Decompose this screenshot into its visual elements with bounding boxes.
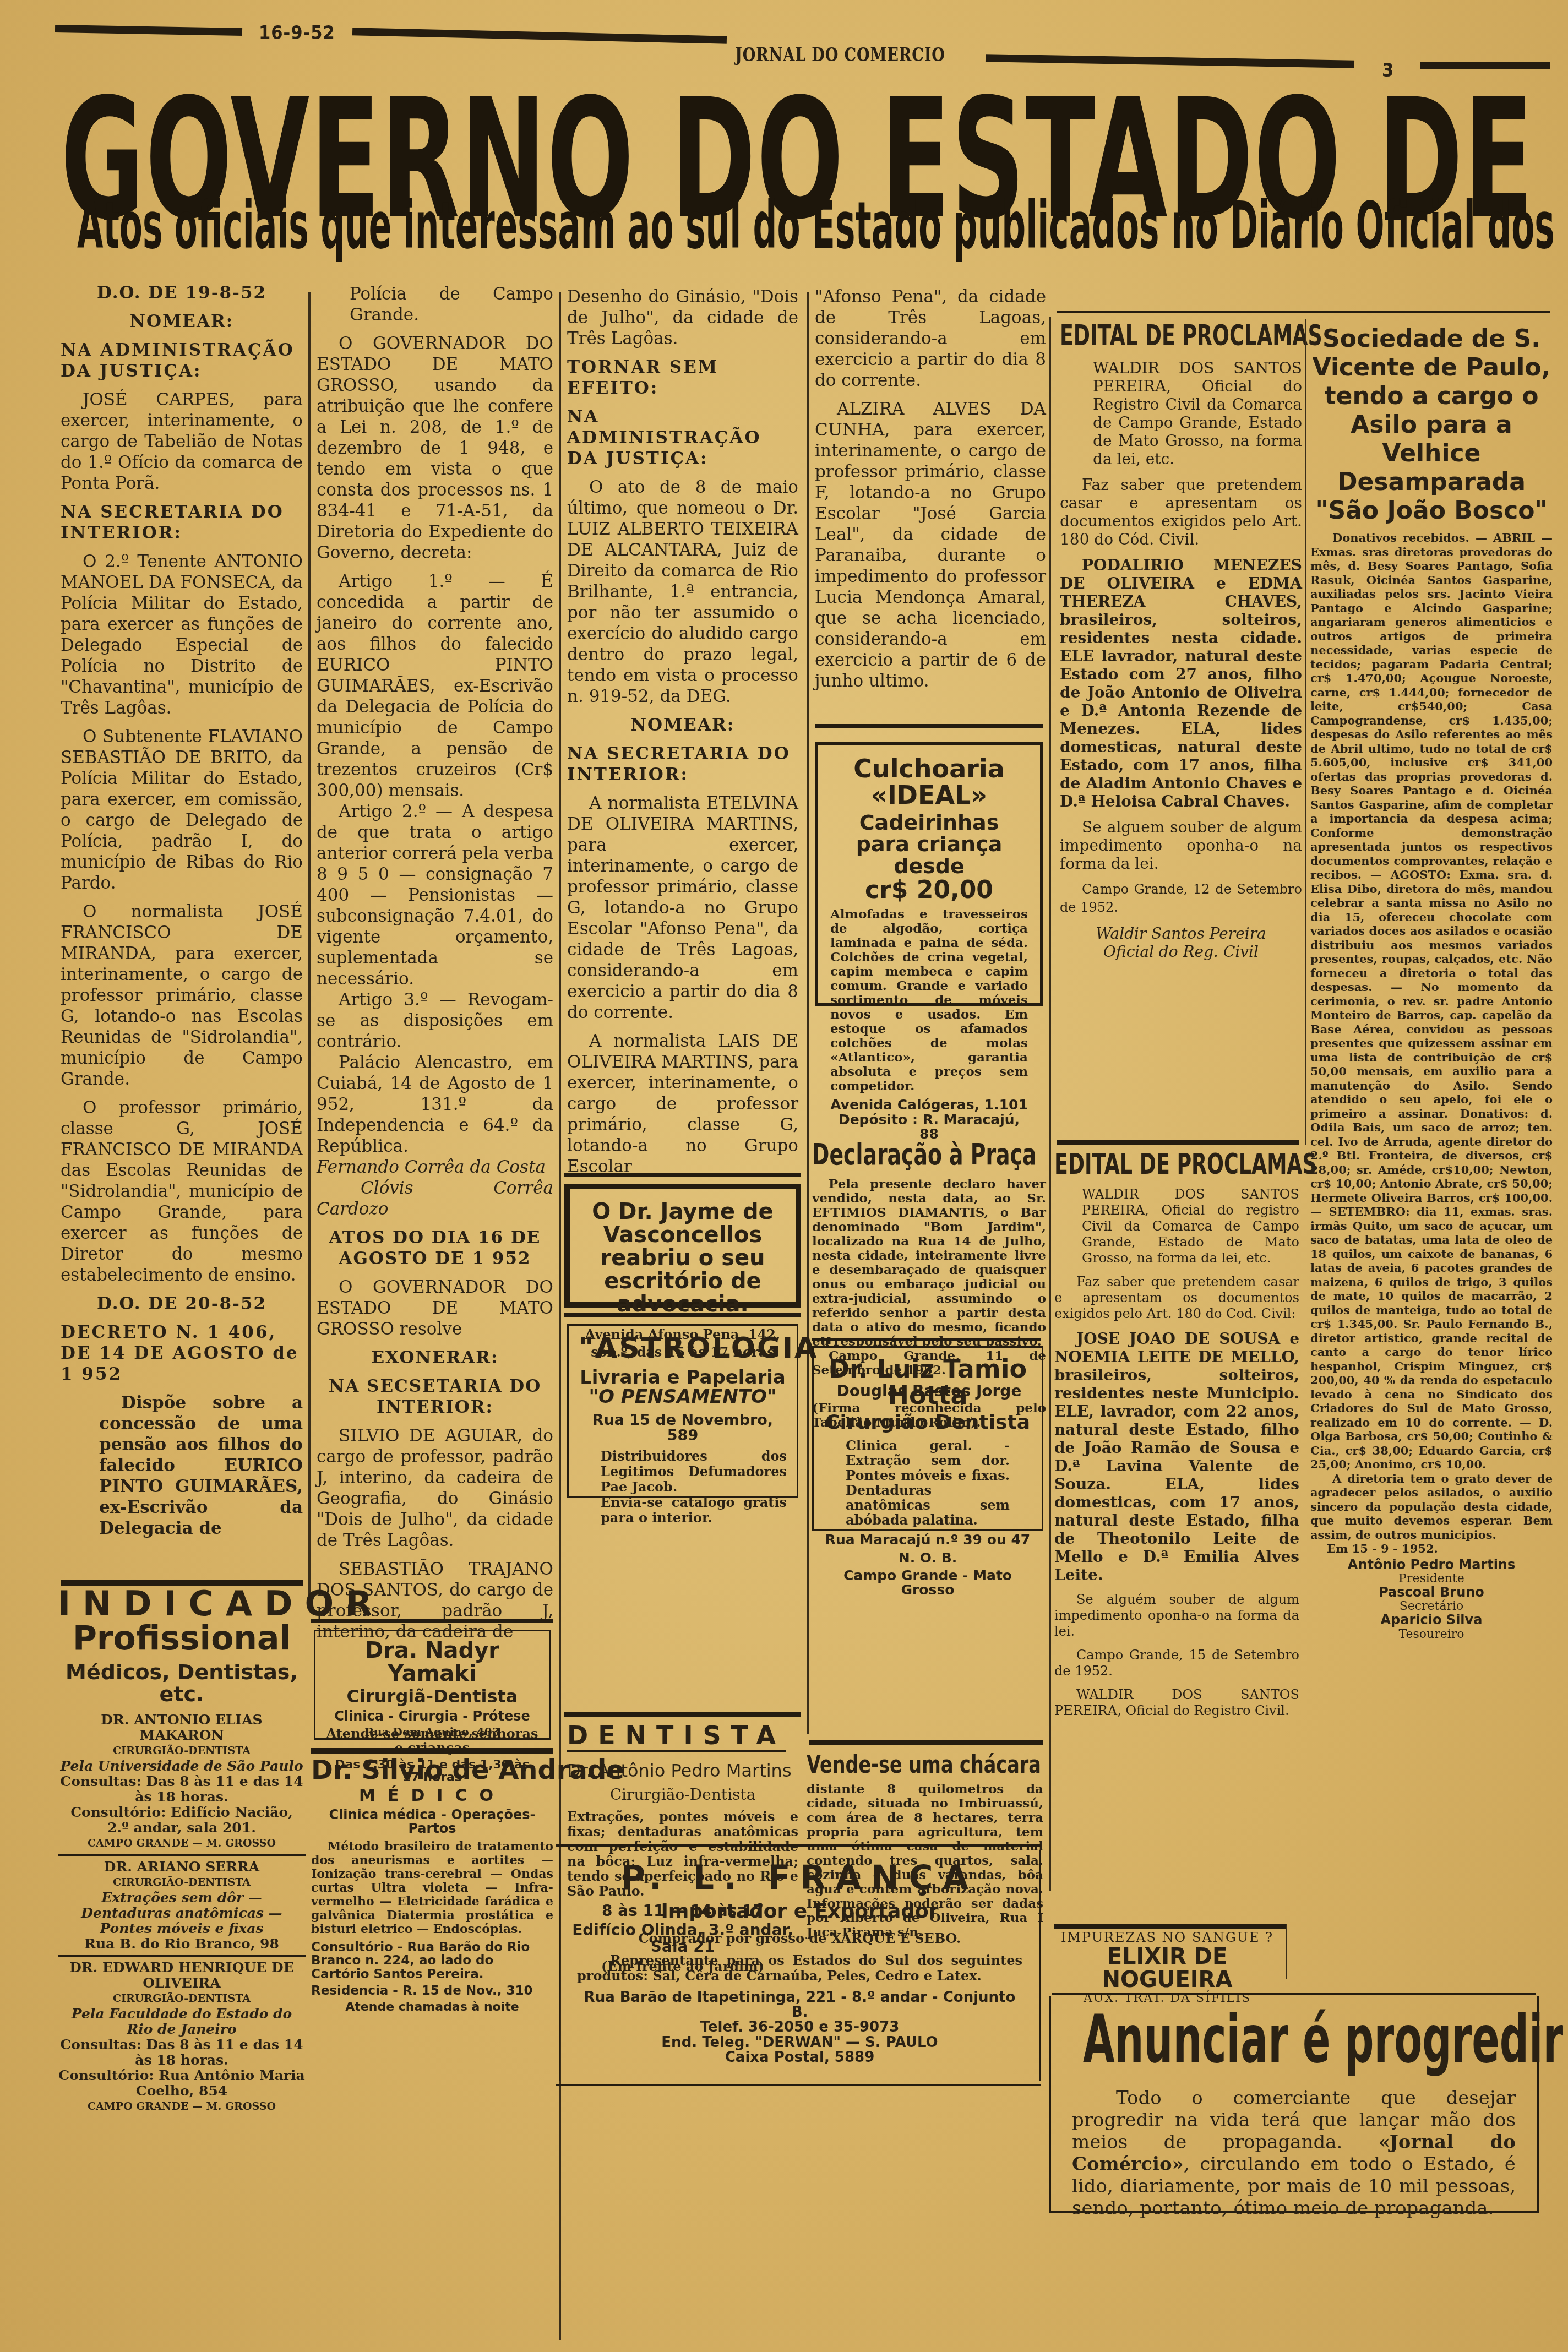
doctor-school: Pela Faculdade do Estado do Rio de Janei…	[58, 2006, 306, 2037]
column-divider	[807, 292, 809, 1734]
ad-city: Campo Grande - Mato Grosso	[824, 1569, 1032, 1598]
ad-text: Todo o comerciante que desejar progredir…	[1072, 2087, 1516, 2219]
officer-role: Secretário	[1310, 1599, 1553, 1613]
atos-heading: ATOS DO DIA 16 DE AGOSTO DE 1 952	[317, 1227, 553, 1269]
signature-title: Oficial do Reg. Civil	[1060, 943, 1302, 961]
section-title: Sociedade de S. Vicente de Paulo, tendo …	[1310, 325, 1553, 525]
ad-rule	[311, 1619, 553, 1623]
doctor-name: DR. ANTONIO ELIAS MAKARON	[58, 1712, 306, 1743]
section-heading: NA SECSETARIA DO INTERIOR:	[317, 1376, 553, 1418]
section-title: Profissional	[58, 1621, 306, 1656]
ad-rule	[556, 2084, 1041, 2086]
do-heading: D.O. DE 20-8-52	[61, 1293, 303, 1314]
masthead-rule-mid	[352, 28, 727, 43]
ad-rule	[1052, 1993, 1536, 1995]
newspaper-name: JORNAL DO COMERCIO	[735, 44, 945, 66]
doctor-role: CIRURGIÃO-DENTISTA	[58, 1743, 306, 1758]
doctor-school: Pela Universidade de São Paulo	[58, 1758, 306, 1774]
ad-title: Dr. Silvio de Andrade	[311, 1756, 553, 1784]
officer-role: Presidente	[1310, 1572, 1553, 1586]
ad-title: Anunciar é progredir	[1083, 2007, 1351, 2073]
ad-rule	[311, 1748, 553, 1754]
doctor-role: CIRURGIÃO-DENTISTA	[58, 1875, 306, 1890]
ad-subtitle: Cirurgião Dentista	[824, 1412, 1032, 1433]
paragraph: WALDIR DOS SANTOS PEREIRA, Oficial do re…	[1082, 1186, 1299, 1266]
paragraph: JOSÉ CARPES, para exercer, interinamente…	[61, 389, 303, 494]
doctor-office: Consultório: Edifício Nacião, 2.º andar,…	[58, 1805, 306, 1836]
ad-subtitle: Cirurgião-Dentista	[567, 1785, 798, 1804]
ad-subtitle: Importador e Exportador	[577, 1901, 1022, 1922]
ad-phone: Telef. 36-2050 e 35-9073	[577, 2020, 1022, 2035]
edital-title: EDITAL DE PROCLAMAS	[1060, 319, 1229, 352]
doctor-city: CAMPO GRANDE — M. GROSSO	[58, 1836, 306, 1851]
paragraph: Faz saber que pretendem casar e apresent…	[1054, 1274, 1299, 1322]
ad-text: Comprador por grosso de XARQUE E SEBO.	[577, 1930, 1022, 1947]
ad-title: ELIXIR DE NOGUEIRA	[1049, 1945, 1286, 1991]
doctor-hours: Consultas: Das 8 às 11 e das 14 às 18 ho…	[58, 2037, 306, 2068]
ad-text: Representante para os Estados do Sul dos…	[577, 1953, 1022, 1984]
paragraph: ALZIRA ALVES DA CUNHA, para exercer, int…	[815, 399, 1046, 692]
doctor-hours: Consultas: Das 8 às 11 e das 14 às 18 ho…	[58, 1774, 306, 1805]
doctor-office: Consultório: Rua Antônio Maria Coelho, 8…	[58, 2068, 306, 2099]
ad-postal: Caixa Postal, 5889	[577, 2050, 1022, 2065]
ad-shop-name: "O PENSAMENTO"	[579, 1387, 787, 1407]
ad-address: Avenida Calógeras, 1.101	[830, 1098, 1028, 1112]
ad-text: Envia-se catalogo gratis para o interior…	[579, 1495, 787, 1526]
ad-rule	[809, 1740, 1043, 1745]
ad-subtitle: Cirurgiã-Dentista	[325, 1687, 539, 1706]
signature: Clóvis Corrêa Cardozo	[317, 1178, 553, 1219]
ad-address: Rua Dom Aquino, 403	[314, 1723, 551, 1741]
ad-text: Método brasileiro de tratamento dos aneu…	[311, 1840, 553, 1936]
divider	[58, 1955, 306, 1957]
column-2: Polícia de Campo Grande. O GOVERNADOR DO…	[317, 284, 553, 1650]
indicador-profissional: INDICADOR Profissional Médicos, Dentista…	[58, 1586, 306, 2114]
ad-text: Distribuidores dos Legitimos Defumadores…	[579, 1449, 787, 1495]
edital-body: WALDIR DOS SANTOS PEREIRA, Oficial do Re…	[1060, 359, 1302, 961]
divider	[58, 1854, 306, 1856]
ad-title-text: O Dr. Jayme de Vasconcellos reabriu o se…	[592, 1199, 774, 1317]
indicador-entry: DR. ARIANO SERRA CIRURGIÃO-DENTISTA Extr…	[58, 1859, 306, 1952]
paragraph: SILVIO DE AGUIAR, do cargo de professor,…	[317, 1425, 553, 1551]
masthead-date: 16-9-52	[259, 22, 335, 44]
officer-name: Aparicio Silva	[1310, 1613, 1553, 1627]
officer-name: Antônio Pedro Martins	[1310, 1558, 1553, 1572]
edital-title: EDITAL DE PROCLAMAS	[1054, 1148, 1226, 1181]
doctor-name: DR. ARIANO SERRA	[58, 1859, 306, 1875]
ad-note: Atende chamadas à noite	[311, 2001, 553, 2013]
ad-subtitle: Livraria e Papelaria	[579, 1368, 787, 1388]
paragraph: PODALIRIO MENEZES DE OLIVEIRA e EDMA THE…	[1060, 556, 1302, 810]
paragraph: Faz saber que pretendem casar e apresent…	[1060, 476, 1302, 548]
ad-address: Rua Barão de Itapetininga, 221 - 8.º and…	[577, 1990, 1022, 2021]
newspaper-page: 16-9-52 JORNAL DO COMERCIO 3 GOVERNO DO …	[0, 0, 1568, 2352]
ad-title: DENTISTA	[567, 1721, 786, 1752]
ad-rule	[812, 1338, 1041, 1341]
ad-title: P. L. FRANÇA	[577, 1861, 1022, 1896]
section-subtitle: Médicos, Dentistas, etc.	[58, 1662, 306, 1706]
column-divider	[1049, 317, 1051, 1891]
paragraph: O 2.º Tenente ANTONIO MANOEL DA FONSECA,…	[61, 551, 303, 718]
edital-proclamas-1: EDITAL DE PROCLAMAS WALDIR DOS SANTOS PE…	[1060, 319, 1302, 961]
ad-text: Pela presente declaro haver vendido, nes…	[812, 1177, 1046, 1349]
paragraph: Campo Grande, 12 de Setembro de 1952.	[1060, 880, 1302, 917]
ad-title: Dr. Luiz Tamio Hotta	[824, 1355, 1032, 1409]
donation-list: Donativos recebidos. — ABRIL — Exmas. sr…	[1310, 531, 1553, 1472]
doctor-name: DR. EDWARD HENRIQUE DE OLIVEIRA	[58, 1960, 306, 1991]
doctor-services: Extrações sem dôr — Dentaduras anatômica…	[58, 1890, 306, 1936]
paragraph: O GOVERNADOR DO ESTADO DE MATO GROSSO re…	[317, 1277, 553, 1340]
column-3: Desenho do Ginásio, "Dois de Julho", da …	[567, 286, 798, 1185]
ad-text: Clinica geral. - Extração sem dor. Ponte…	[846, 1438, 1010, 1527]
ad-line: N. O. B.	[824, 1551, 1032, 1565]
section-rule	[1057, 311, 1550, 313]
column-divider	[1286, 1924, 1287, 1979]
nomear-heading: NOMEAR:	[567, 715, 798, 736]
ad-title: Declaração à Praça	[812, 1137, 976, 1172]
page-subheadline: Atos oficiais que interessam ao sul do E…	[77, 193, 1568, 258]
paragraph: O GOVERNADOR DO ESTADO DE MATO GROSSO, u…	[317, 333, 553, 563]
paragraph: A normalista LAIS DE OLIVEIRA MARTINS, p…	[567, 1031, 798, 1177]
decreto-heading: DECRETO N. 1 406, DE 14 DE AGOSTO de 1 9…	[61, 1322, 303, 1385]
ad-address: Rua Maracajú n.º 39 ou 47	[824, 1533, 1032, 1547]
paragraph: "Afonso Pena", da cidade de Três Lagoas,…	[815, 286, 1046, 391]
acknowledgement: A diretoria tem o grato dever de agradec…	[1310, 1472, 1553, 1542]
signature: Fernando Corrêa da Costa	[317, 1157, 553, 1178]
do-heading: D.O. DE 19-8-52	[61, 282, 303, 303]
nomear-heading: NOMEAR:	[61, 311, 303, 332]
ad-title: Dra. Nadyr Yamaki	[325, 1639, 539, 1685]
edital-proclamas-2: EDITAL DE PROCLAMAS WALDIR DOS SANTOS PE…	[1054, 1148, 1299, 1727]
section-heading: NA ADMINISTRAÇÃO DA JUSTIÇA:	[61, 340, 303, 382]
doctor-role: CIRURGIÃO-DENTISTA	[58, 1991, 306, 2006]
doctor-city: CAMPO GRANDE — M. GROSSO	[58, 2099, 306, 2114]
column-4: "Afonso Pena", da cidade de Três Lagoas,…	[815, 286, 1046, 699]
section-title: INDICADOR	[58, 1586, 306, 1621]
sociedade-sao-vicente: Sociedade de S. Vicente de Paulo, tendo …	[1310, 325, 1553, 1641]
column-divider	[1305, 319, 1306, 1145]
ad-title: O Dr. Jayme de Vasconcellos reabriu o se…	[583, 1200, 782, 1316]
paragraph: Se alguém souber de algum impedimento op…	[1054, 1592, 1299, 1640]
tornar-heading: TORNAR SEM EFEITO:	[567, 357, 798, 399]
signature: WALDIR DOS SANTOS PEREIRA, Oficial do Re…	[1054, 1687, 1299, 1719]
ad-culchoaria-ideal: Culchoaria «IDEAL» Cadeirinhas para cria…	[815, 742, 1043, 1006]
paragraph: O Subtenente FLAVIANO SEBASTIÃO DE BRITO…	[61, 726, 303, 894]
ad-rule	[1054, 1924, 1286, 1929]
paragraph: Dispõe sobre a concessão de uma pensão a…	[99, 1392, 303, 1539]
ad-silvio-andrade: Dr. Silvio de Andrade MÉDICO Clinica méd…	[311, 1756, 553, 2013]
ad-luiz-tamio-hotta: Dr. Luiz Tamio Hotta Cirurgião Dentista …	[812, 1346, 1043, 1531]
doctor-address: Rua B. do Rio Branco, 98	[58, 1936, 306, 1952]
ad-title: "ASTROLOGIA"	[579, 1333, 787, 1364]
signature: Waldir Santos Pereira	[1060, 924, 1302, 943]
paragraph: Palácio Alencastro, em Cuiabá, 14 de Ago…	[317, 1052, 553, 1157]
officer-role: Tesoureiro	[1310, 1627, 1553, 1641]
ad-subtitle: Cadeirinhas para criança desde	[830, 812, 1028, 878]
ad-residence: Residencia - R. 15 de Nov., 310	[311, 1984, 553, 1997]
officer-name: Pascoal Bruno	[1310, 1586, 1553, 1599]
ad-price: cr$ 20,00	[830, 878, 1028, 903]
section-rule	[1057, 1140, 1299, 1145]
paragraph: O normalista JOSÉ FRANCISCO DE MIRANDA, …	[61, 901, 303, 1090]
edital-body: WALDIR DOS SANTOS PEREIRA, Oficial do re…	[1054, 1186, 1299, 1719]
indicador-entry: DR. ANTONIO ELIAS MAKARON CIRURGIÃO-DENT…	[58, 1712, 306, 1851]
exonerar-heading: EXONERAR:	[317, 1347, 553, 1368]
paragraph: JOSE JOAO DE SOUSA e NOEMIA LEITE DE MEL…	[1054, 1330, 1299, 1584]
ad-title: Vende-se uma chácara	[807, 1751, 987, 1779]
ad-rule	[564, 1313, 801, 1317]
paragraph: Desenho do Ginásio, "Dois de Julho", da …	[567, 286, 798, 349]
ad-astrologia: "ASTROLOGIA" Livraria e Papelaria "O PEN…	[567, 1324, 798, 1498]
ad-office: Consultório - Rua Barão do Rio Branco n.…	[311, 1941, 553, 1980]
paragraph: Artigo 1.º — É concedida a partir de jan…	[317, 571, 553, 801]
paragraph: WALDIR DOS SANTOS PEREIRA, Oficial do Re…	[1093, 359, 1302, 468]
ad-rule	[556, 1844, 1041, 1847]
paragraph: Artigo 3.º — Revogam-se as disposições e…	[317, 989, 553, 1052]
paragraph: Campo Grande, 15 de Setembro de 1952.	[1054, 1647, 1299, 1679]
column-1: D.O. DE 19-8-52 NOMEAR: NA ADMINISTRAÇÃO…	[61, 278, 303, 1547]
paragraph: Polícia de Campo Grande.	[350, 284, 553, 325]
date: Em 15 - 9 - 1952.	[1310, 1542, 1553, 1556]
paragraph: Se alguem souber de algum impedimento op…	[1060, 818, 1302, 873]
ad-text: Almofadas e travesseiros de algodão, cor…	[830, 907, 1028, 1093]
ad-title: Culchoaria «IDEAL»	[830, 755, 1028, 809]
ad-subtitle: MÉDICO	[311, 1787, 553, 1805]
paragraph: O professor primário, classe G, JOSÉ FRA…	[61, 1097, 303, 1286]
ad-jayme-vasconcellos: O Dr. Jayme de Vasconcellos reabriu o se…	[564, 1184, 801, 1308]
ad-rule	[815, 724, 1043, 728]
section-heading: NA ADMINISTRAÇÃO DA JUSTIÇA:	[567, 406, 798, 469]
ad-line: IMPUREZAS NO SANGUE ?	[1049, 1930, 1286, 1945]
ad-services: Clinica médica - Operações-Partos	[311, 1808, 553, 1836]
section-heading: NA SECRETARIA DO INTERIOR:	[567, 743, 798, 785]
section-heading: NA SECRETARIA DO INTERIOR:	[61, 502, 303, 543]
ad-telegraph: End. Teleg. "DERWAN" — S. PAULO	[577, 2035, 1022, 2050]
ad-pl-franca: P. L. FRANÇA Importador e Exportador Com…	[559, 1850, 1041, 2081]
ad-services: Clinica - Cirurgia - Prótese	[325, 1709, 539, 1723]
paragraph: A normalista ETELVINA DE OLIVEIRA MARTIN…	[567, 793, 798, 1023]
paragraph: Artigo 2.º — A despesa de que trata o ar…	[317, 801, 553, 989]
paragraph: O ato de 8 de maio último, que nomeou o …	[567, 477, 798, 707]
column-divider	[308, 292, 311, 1597]
ad-anunciar-progredir: Anunciar é progredir Todo o comerciante …	[1049, 1996, 1539, 2213]
ad-address: Rua 15 de Novembro, 589	[579, 1413, 787, 1444]
ad-rule	[564, 1173, 801, 1177]
masthead-rule-left	[55, 25, 242, 36]
indicador-entry: DR. EDWARD HENRIQUE DE OLIVEIRA CIRURGIÃ…	[58, 1960, 306, 2114]
ad-rule	[564, 1712, 801, 1717]
